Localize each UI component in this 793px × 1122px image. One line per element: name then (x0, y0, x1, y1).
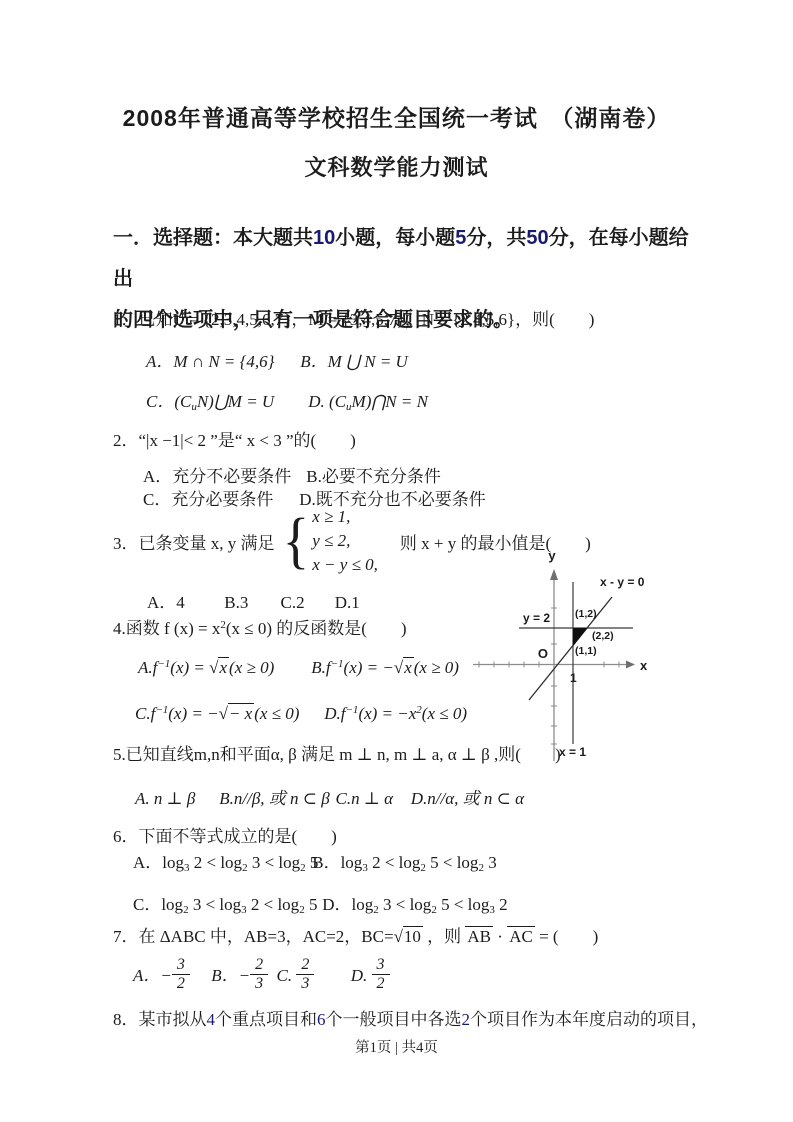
q4-stem: 4.函数 f (x) = x2(x ≤ 0) 的反函数是( ) (113, 614, 407, 639)
q6-option-d: D．log2 3 < log2 5 < log3 2 (322, 890, 507, 916)
question-1: 1．已知U = {2,3,4,5,6,7}，M = {3,4,5,7}，N = … (113, 305, 753, 415)
q4-option-d: D.f−1(x) = −x2(x ≤ 0) (324, 704, 467, 724)
q1-option-d: D. (CuM)⋂N = N (308, 392, 428, 413)
exam-page: 2008年普通高等学校招生全国统一考试 （湖南卷） 文科数学能力测试 一．选择题… (0, 0, 793, 1122)
q7-option-a: A．−32 (133, 958, 207, 996)
page-footer: 第1页 | 共4页 (0, 1036, 793, 1057)
q1-option-a: A．M ∩ N = {4,6} (146, 347, 296, 372)
q4-option-b: B.f−1(x) = −√x(x ≥ 0) (311, 658, 459, 678)
question-8: 8．某市拟从4个重点项目和6个一般项目中各选2个项目作为本年度启动的项目， (113, 1005, 753, 1033)
q5-option-c: C.n ⊥ α (336, 789, 407, 809)
q6-option-c: C．log2 3 < log3 2 < log2 5 (133, 890, 318, 916)
q6-stem: 6．下面不等式成立的是( ) (113, 822, 337, 847)
q3-conditions: x ≥ 1, y ≤ 2, x − y ≤ 0, (312, 505, 378, 577)
q3-condition-2: y ≤ 2, (312, 529, 378, 553)
origin-label: O (538, 646, 548, 661)
point-label-1-2: (1,2) (575, 608, 597, 620)
q8-stem: 8．某市拟从4个重点项目和6个一般项目中各选2个项目作为本年度启动的项目， (113, 1005, 708, 1030)
q5-option-a: A. n ⊥ β (135, 789, 215, 809)
exam-subtitle: 文科数学能力测试 (0, 151, 793, 182)
q3-option-c: C.2 (281, 593, 331, 613)
q1-option-b: B．M ⋃ N = U (300, 347, 408, 372)
y-axis-arrow-icon (550, 569, 558, 580)
vline-label: x = 1 (559, 745, 586, 759)
q3-condition-3: x − y ≤ 0, (312, 553, 378, 577)
q7-stem: 7．在 ΔABC 中，AB=3，AC=2，BC=√10 ，则 AB · AC =… (113, 922, 598, 947)
q2-stem: 2．“|x −1|< 2 ”是“ x < 3 ”的( ) (113, 426, 356, 451)
q1-stem: 1．已知U = {2,3,4,5,6,7}，M = {3,4,5,7}，N = … (113, 305, 594, 330)
q3-option-a: A．4 (147, 588, 220, 613)
x-axis-arrow-icon (626, 661, 635, 669)
q2-option-a: A．充分不必要条件 (143, 462, 302, 487)
q3-brace: { (282, 503, 309, 579)
x-axis-label: x (640, 658, 648, 673)
x1-tick-label: 1 (570, 671, 577, 685)
q1-option-c: C．(CuN)⋃M = U (146, 387, 304, 413)
q4-option-a: A.f−1(x) = √x(x ≥ 0) (138, 658, 307, 678)
hline-label: y = 2 (523, 611, 550, 625)
q3-stem-left: 3．已条变量 x, y 满足 (113, 529, 275, 554)
diagonal-line-label: x - y = 0 (600, 575, 645, 589)
q4-option-c: C.f−1(x) = −√− x(x ≤ 0) (135, 704, 320, 724)
q7-option-b: B．−23 (211, 958, 272, 996)
question-6: 6．下面不等式成立的是( ) A．log3 2 < log2 3 < log2 … (113, 822, 753, 917)
q7-option-d: D. 32 (351, 958, 390, 996)
q3-option-b: B.3 (224, 593, 276, 613)
y-axis-label: y (548, 548, 556, 563)
q5-option-d: D.n//α, 或 n ⊂ α (411, 784, 524, 809)
q6-option-a: A．log3 2 < log2 3 < log2 5 (133, 848, 308, 874)
q6-option-b: B．log3 2 < log2 5 < log2 3 (312, 848, 496, 874)
q7-option-c: C. 23 (277, 958, 347, 996)
q3-figure: y x O 1 x - y = 0 y = 2 x = 1 (1,2) (2,2… (453, 546, 685, 761)
exam-title: 2008年普通高等学校招生全国统一考试 （湖南卷） (0, 100, 793, 133)
section-header-line1: 一．选择题：本大题共10小题，每小题5分，共50分，在每小题给出 (113, 218, 698, 300)
q5-option-b: B.n//β, 或 n ⊂ β (219, 784, 331, 809)
q3-condition-1: x ≥ 1, (312, 505, 378, 529)
question-2: 2．“|x −1|< 2 ”是“ x < 3 ”的( ) A．充分不必要条件 B… (113, 426, 753, 506)
q2-option-b: B.必要不充分条件 (306, 462, 441, 487)
point-label-2-2: (2,2) (592, 630, 614, 642)
point-label-1-1: (1,1) (575, 645, 597, 657)
question-7: 7．在 ΔABC 中，AB=3，AC=2，BC=√10 ，则 AB · AC =… (113, 922, 753, 1007)
q3-option-d: D.1 (335, 593, 360, 613)
